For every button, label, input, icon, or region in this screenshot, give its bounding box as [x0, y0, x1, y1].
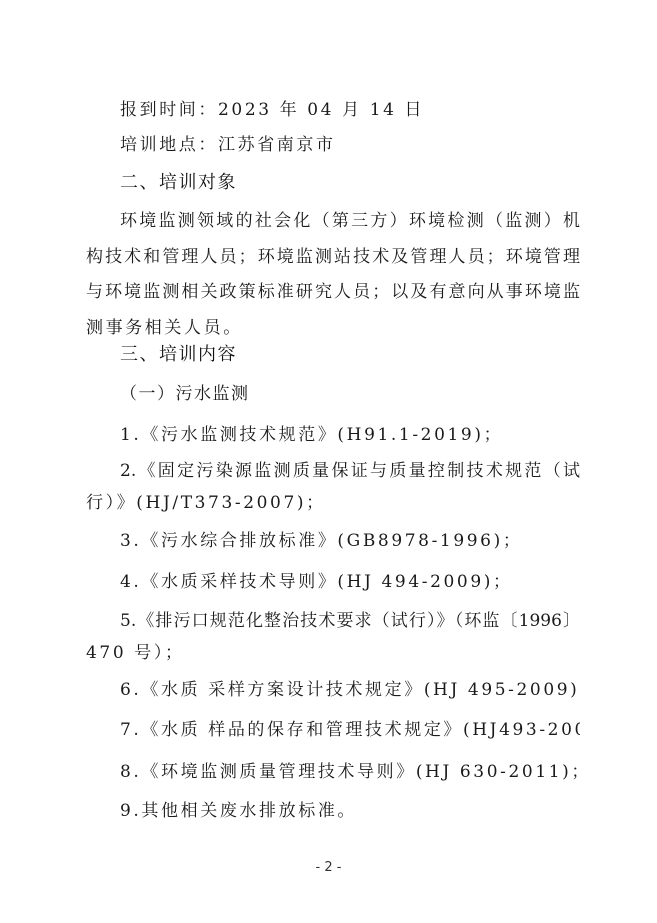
list-item: 4.《水质采样技术导则》(HJ 494-2009)； [120, 571, 580, 593]
training-location: 培训地点：江苏省南京市 [120, 134, 580, 156]
list-item: 5.《排污口规范化整治技术要求（试行）》（环监〔1996〕 [120, 610, 580, 632]
paragraph-line: 构技术和管理人员；环境监测站技术及管理人员；环境管理 [86, 246, 580, 268]
list-item: 6.《水质 采样方案设计技术规定》(HJ 495-2009)； [120, 679, 580, 701]
paragraph-line: 测事务相关人员。 [86, 317, 580, 339]
paragraph-line: 环境监测领域的社会化（第三方）环境检测（监测）机 [120, 210, 580, 232]
subsection-heading-wastewater-monitoring: （一）污水监测 [120, 383, 580, 405]
paragraph-line: 与环境监测相关政策标准研究人员；以及有意向从事环境监 [86, 281, 580, 303]
list-item: 7.《水质 样品的保存和管理技术规定》(HJ493-2009)； [120, 719, 580, 741]
registration-time: 报到时间：2023 年 04 月 14 日 [120, 99, 580, 121]
list-item: 2.《固定污染源监测质量保证与质量控制技术规范（试 [120, 460, 580, 482]
list-item: 1.《污水监测技术规范》(H91.1-2019)； [120, 424, 580, 446]
list-item: 9.其他相关废水排放标准。 [120, 800, 580, 822]
list-item: 3.《污水综合排放标准》(GB8978-1996)； [120, 530, 580, 552]
document-page: 报到时间：2023 年 04 月 14 日 培训地点：江苏省南京市 二、培训对象… [0, 0, 657, 923]
page-number: - 2 - [0, 860, 657, 875]
section-heading-training-audience: 二、培训对象 [120, 172, 580, 194]
list-item-continuation: 470 号）； [86, 642, 580, 664]
list-item: 8.《环境监测质量管理技术导则》(HJ 630-2011)； [120, 761, 580, 783]
section-heading-training-content: 三、培训内容 [120, 344, 580, 366]
list-item-continuation: 行）》(HJ/T373-2007)； [86, 492, 580, 514]
